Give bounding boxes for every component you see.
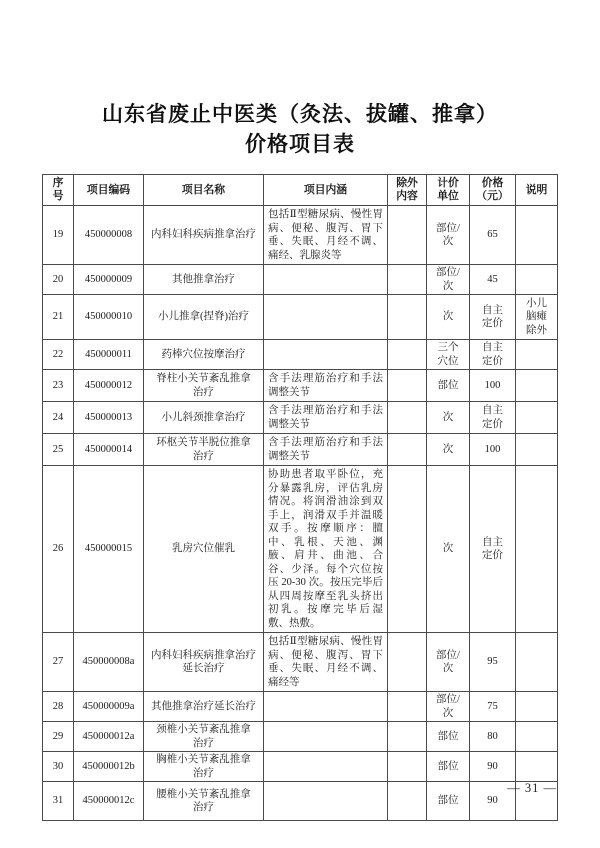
cell-unit: 部位/ 次 xyxy=(427,633,470,692)
cell-seq: 26 xyxy=(43,466,74,633)
cell-unit: 三个 穴位 xyxy=(427,340,470,370)
cell-code: 450000012b xyxy=(74,752,144,782)
cell-note xyxy=(516,402,558,434)
cell-price: 75 xyxy=(470,692,516,722)
cell-name: 颈椎小关节紊乱推拿 治疗 xyxy=(144,722,264,752)
cell-unit: 次 xyxy=(427,295,470,340)
cell-code: 450000015 xyxy=(74,466,144,633)
cell-price: 100 xyxy=(470,434,516,466)
table-row: 22 450000011 药棒穴位按摩治疗 三个 穴位 自主 定价 xyxy=(43,340,558,370)
price-table-container: 序 号 项目编码 项目名称 项目内涵 除外 内容 计价 单位 价格 （元） 说明… xyxy=(42,174,558,821)
header-exclusion: 除外 内容 xyxy=(388,175,427,206)
cell-code: 450000009a xyxy=(74,692,144,722)
cell-seq: 30 xyxy=(43,752,74,782)
cell-seq: 29 xyxy=(43,722,74,752)
page-number: — 31 — xyxy=(0,781,557,796)
cell-note: 小儿 脑瘫 除外 xyxy=(516,295,558,340)
cell-exclusion xyxy=(388,633,427,692)
cell-name: 乳房穴位催乳 xyxy=(144,466,264,633)
cell-seq: 21 xyxy=(43,295,74,340)
cell-name: 其他推拿治疗 xyxy=(144,265,264,295)
cell-content: 含手法理筋治疗和手法调整关节 xyxy=(264,434,388,466)
table-row: 21 450000010 小儿推拿(捏脊)治疗 次 自主 定价 小儿 脑瘫 除外 xyxy=(43,295,558,340)
cell-content xyxy=(264,340,388,370)
header-unit: 计价 单位 xyxy=(427,175,470,206)
cell-seq: 27 xyxy=(43,633,74,692)
cell-note xyxy=(516,434,558,466)
cell-unit: 部位 xyxy=(427,752,470,782)
cell-note xyxy=(516,692,558,722)
cell-exclusion xyxy=(388,752,427,782)
cell-price: 95 xyxy=(470,633,516,692)
table-row: 24 450000013 小儿斜颈推拿治疗 含手法理筋治疗和手法调整关节 次 自… xyxy=(43,402,558,434)
cell-code: 450000014 xyxy=(74,434,144,466)
page-title-line2: 价格项目表 xyxy=(0,129,600,159)
cell-note xyxy=(516,466,558,633)
cell-price: 90 xyxy=(470,752,516,782)
cell-unit: 次 xyxy=(427,434,470,466)
cell-content xyxy=(264,265,388,295)
cell-note xyxy=(516,340,558,370)
cell-exclusion xyxy=(388,370,427,402)
cell-seq: 22 xyxy=(43,340,74,370)
cell-code: 450000009 xyxy=(74,265,144,295)
cell-seq: 25 xyxy=(43,434,74,466)
cell-price: 80 xyxy=(470,722,516,752)
cell-unit: 部位 xyxy=(427,722,470,752)
cell-note xyxy=(516,752,558,782)
cell-unit: 部位/ 次 xyxy=(427,265,470,295)
cell-seq: 19 xyxy=(43,206,74,265)
table-row: 20 450000009 其他推拿治疗 部位/ 次 45 xyxy=(43,265,558,295)
cell-exclusion xyxy=(388,295,427,340)
header-price: 价格 （元） xyxy=(470,175,516,206)
cell-exclusion xyxy=(388,692,427,722)
cell-exclusion xyxy=(388,265,427,295)
table-row: 19 450000008 内科妇科疾病推拿治疗 包括Ⅱ型糖尿病、慢性胃病、便秘、… xyxy=(43,206,558,265)
cell-unit: 部位 xyxy=(427,370,470,402)
header-content: 项目内涵 xyxy=(264,175,388,206)
cell-name: 环枢关节半脱位推拿 治疗 xyxy=(144,434,264,466)
header-name: 项目名称 xyxy=(144,175,264,206)
cell-note xyxy=(516,206,558,265)
cell-exclusion xyxy=(388,434,427,466)
page-title-line1: 山东省废止中医类（灸法、拔罐、推拿） xyxy=(0,99,600,129)
table-row: 30 450000012b 胸椎小关节紊乱推拿 治疗 部位 90 xyxy=(43,752,558,782)
cell-seq: 20 xyxy=(43,265,74,295)
page-title: 山东省废止中医类（灸法、拔罐、推拿） 价格项目表 xyxy=(0,0,600,159)
table-row: 27 450000008a 内科妇科疾病推拿治疗 延长治疗 包括Ⅱ型糖尿病、慢性… xyxy=(43,633,558,692)
cell-exclusion xyxy=(388,722,427,752)
cell-content xyxy=(264,295,388,340)
cell-unit: 次 xyxy=(427,402,470,434)
cell-seq: 24 xyxy=(43,402,74,434)
cell-code: 450000012 xyxy=(74,370,144,402)
cell-note xyxy=(516,370,558,402)
cell-seq: 23 xyxy=(43,370,74,402)
cell-price: 自主 定价 xyxy=(470,466,516,633)
cell-price: 65 xyxy=(470,206,516,265)
cell-name: 小儿斜颈推拿治疗 xyxy=(144,402,264,434)
cell-exclusion xyxy=(388,466,427,633)
cell-code: 450000010 xyxy=(74,295,144,340)
cell-unit: 部位/ 次 xyxy=(427,692,470,722)
cell-code: 450000011 xyxy=(74,340,144,370)
cell-name: 药棒穴位按摩治疗 xyxy=(144,340,264,370)
cell-exclusion xyxy=(388,340,427,370)
cell-unit: 次 xyxy=(427,466,470,633)
cell-code: 450000013 xyxy=(74,402,144,434)
table-row: 23 450000012 脊柱小关节紊乱推拿 治疗 含手法理筋治疗和手法调整关节… xyxy=(43,370,558,402)
cell-content: 包括Ⅱ型糖尿病、慢性胃病、便秘、腹泻、胃下垂、失眠、月经不调、痛经、乳腺炎等 xyxy=(264,206,388,265)
price-table: 序 号 项目编码 项目名称 项目内涵 除外 内容 计价 单位 价格 （元） 说明… xyxy=(42,174,558,821)
table-row: 26 450000015 乳房穴位催乳 协助患者取平卧位，充分暴露乳房，评估乳房… xyxy=(43,466,558,633)
cell-name: 小儿推拿(捏脊)治疗 xyxy=(144,295,264,340)
table-header-row: 序 号 项目编码 项目名称 项目内涵 除外 内容 计价 单位 价格 （元） 说明 xyxy=(43,175,558,206)
header-seq: 序 号 xyxy=(43,175,74,206)
cell-seq: 28 xyxy=(43,692,74,722)
cell-content xyxy=(264,692,388,722)
cell-price: 自主 定价 xyxy=(470,340,516,370)
cell-exclusion xyxy=(388,206,427,265)
cell-price: 100 xyxy=(470,370,516,402)
cell-price: 自主 定价 xyxy=(470,402,516,434)
cell-name: 胸椎小关节紊乱推拿 治疗 xyxy=(144,752,264,782)
cell-name: 内科妇科疾病推拿治疗 xyxy=(144,206,264,265)
table-row: 29 450000012a 颈椎小关节紊乱推拿 治疗 部位 80 xyxy=(43,722,558,752)
cell-price: 45 xyxy=(470,265,516,295)
cell-code: 450000012a xyxy=(74,722,144,752)
cell-content: 含手法理筋治疗和手法调整关节 xyxy=(264,402,388,434)
header-code: 项目编码 xyxy=(74,175,144,206)
cell-content xyxy=(264,722,388,752)
cell-note xyxy=(516,722,558,752)
table-row: 25 450000014 环枢关节半脱位推拿 治疗 含手法理筋治疗和手法调整关节… xyxy=(43,434,558,466)
cell-name: 其他推拿治疗延长治疗 xyxy=(144,692,264,722)
cell-content xyxy=(264,752,388,782)
cell-unit: 部位/ 次 xyxy=(427,206,470,265)
cell-name: 内科妇科疾病推拿治疗 延长治疗 xyxy=(144,633,264,692)
cell-content: 包括Ⅱ型糖尿病、慢性胃病、便秘、腹泻、胃下垂、失眠、月经不调、痛经等 xyxy=(264,633,388,692)
cell-code: 450000008 xyxy=(74,206,144,265)
cell-name: 脊柱小关节紊乱推拿 治疗 xyxy=(144,370,264,402)
cell-price: 自主 定价 xyxy=(470,295,516,340)
cell-exclusion xyxy=(388,402,427,434)
header-note: 说明 xyxy=(516,175,558,206)
cell-note xyxy=(516,633,558,692)
table-row: 28 450000009a 其他推拿治疗延长治疗 部位/ 次 75 xyxy=(43,692,558,722)
cell-content: 协助患者取平卧位，充分暴露乳房，评估乳房情况。将润滑油涂到双手上，润滑双手并温暖… xyxy=(264,466,388,633)
cell-content: 含手法理筋治疗和手法调整关节 xyxy=(264,370,388,402)
cell-note xyxy=(516,265,558,295)
cell-code: 450000008a xyxy=(74,633,144,692)
